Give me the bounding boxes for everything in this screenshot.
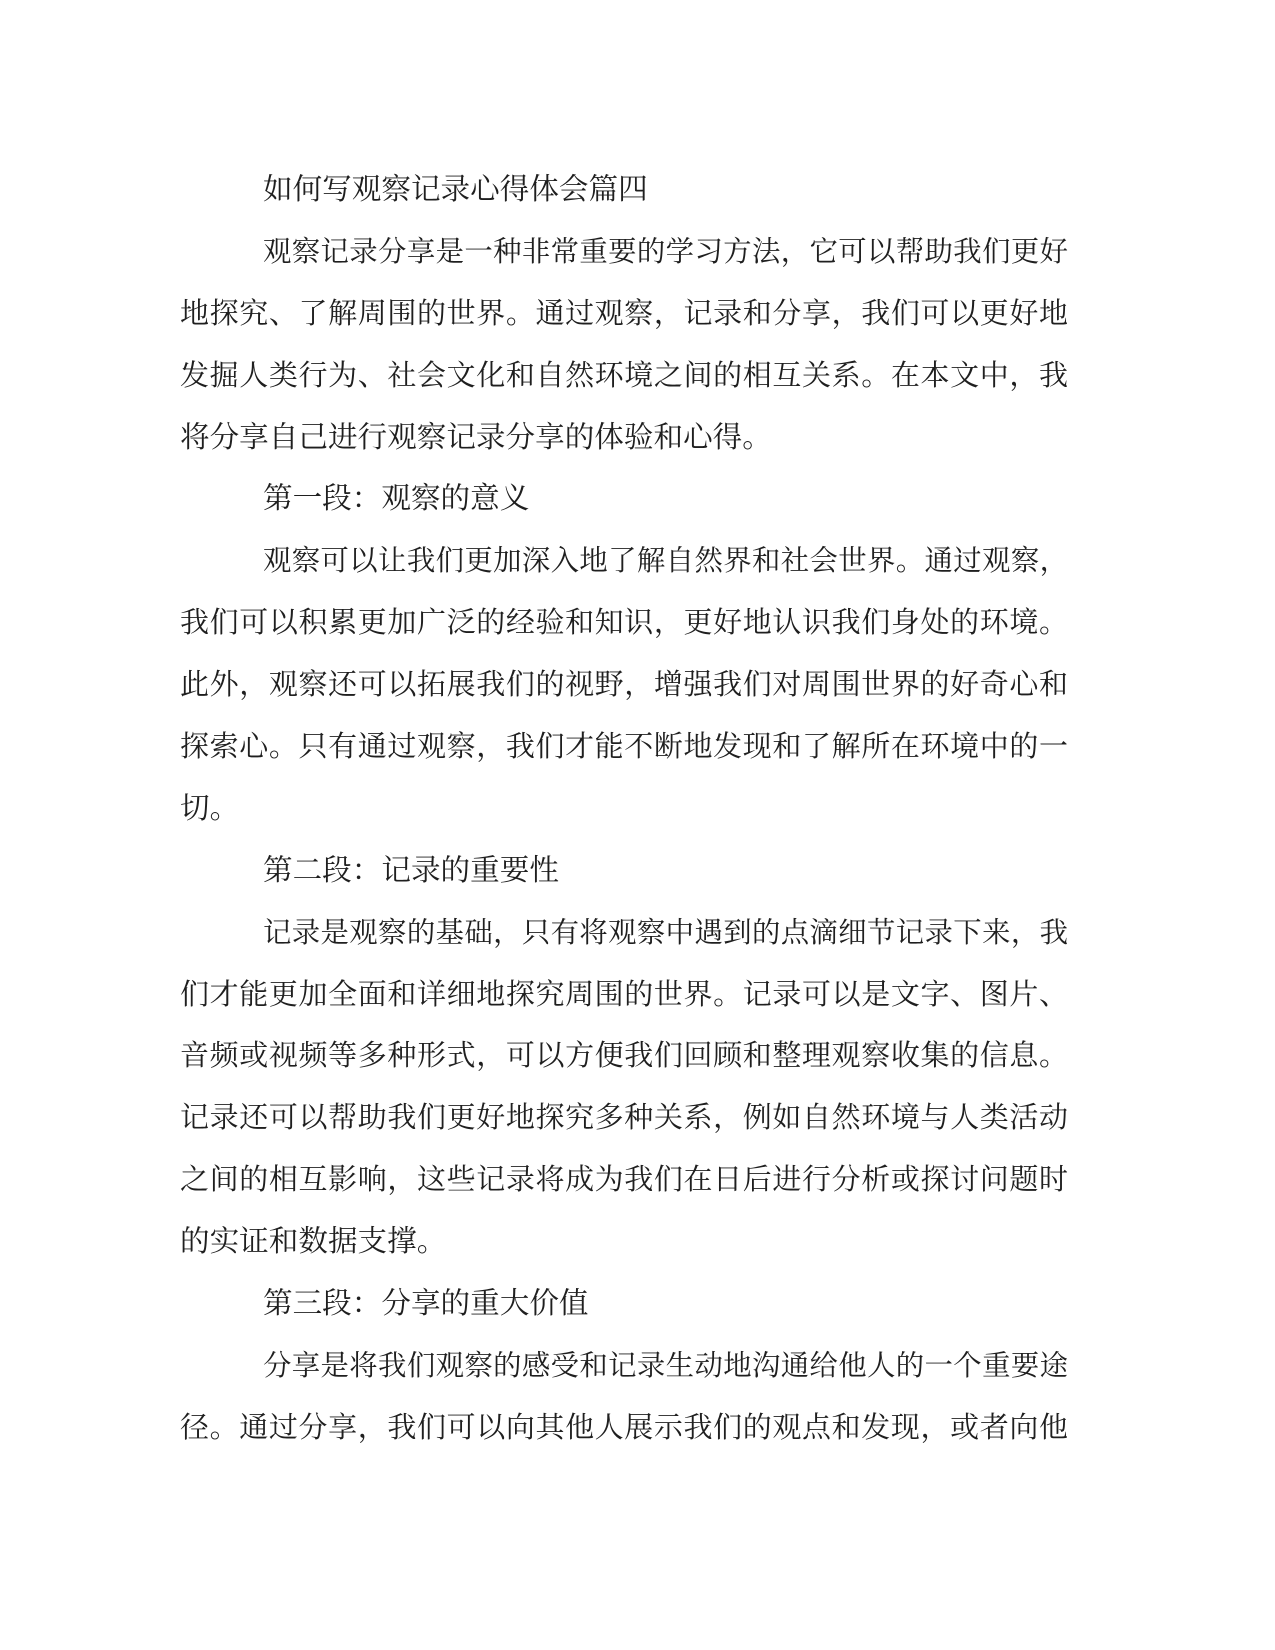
document-title: 如何写观察记录心得体会篇四 bbox=[180, 159, 1068, 221]
paragraph-line: 观察可以让我们更加深入地了解自然界和社会世界。通过观察， bbox=[180, 530, 1068, 592]
paragraph-line: 探索心。只有通过观察，我们才能不断地发现和了解所在环境中的一 bbox=[180, 716, 1068, 778]
paragraph-line: 记录还可以帮助我们更好地探究多种关系，例如自然环境与人类活动 bbox=[180, 1087, 1068, 1149]
paragraph-line: 径。通过分享，我们可以向其他人展示我们的观点和发现，或者向他 bbox=[180, 1397, 1068, 1459]
paragraph-line: 我们可以积累更加广泛的经验和知识，更好地认识我们身处的环境。 bbox=[180, 592, 1068, 654]
paragraph-line: 发掘人类行为、社会文化和自然环境之间的相互关系。在本文中，我 bbox=[180, 345, 1068, 407]
paragraph-line: 观察记录分享是一种非常重要的学习方法，它可以帮助我们更好 bbox=[180, 221, 1068, 283]
paragraph-line: 之间的相互影响，这些记录将成为我们在日后进行分析或探讨问题时 bbox=[180, 1149, 1068, 1211]
document-text-block: 如何写观察记录心得体会篇四观察记录分享是一种非常重要的学习方法，它可以帮助我们更… bbox=[180, 159, 1068, 1459]
paragraph-line: 们才能更加全面和详细地探究周围的世界。记录可以是文字、图片、 bbox=[180, 964, 1068, 1026]
section-heading: 第一段：观察的意义 bbox=[180, 468, 1068, 530]
paragraph-line: 分享是将我们观察的感受和记录生动地沟通给他人的一个重要途 bbox=[180, 1335, 1068, 1397]
section-heading: 第三段：分享的重大价值 bbox=[180, 1273, 1068, 1335]
section-heading: 第二段：记录的重要性 bbox=[180, 840, 1068, 902]
paragraph-line: 音频或视频等多种形式，可以方便我们回顾和整理观察收集的信息。 bbox=[180, 1025, 1068, 1087]
paragraph-line: 切。 bbox=[180, 778, 1068, 840]
document-page: 如何写观察记录心得体会篇四观察记录分享是一种非常重要的学习方法，它可以帮助我们更… bbox=[0, 0, 1275, 1650]
paragraph-line: 记录是观察的基础，只有将观察中遇到的点滴细节记录下来，我 bbox=[180, 902, 1068, 964]
paragraph-line: 的实证和数据支撑。 bbox=[180, 1211, 1068, 1273]
paragraph-line: 地探究、了解周围的世界。通过观察，记录和分享，我们可以更好地 bbox=[180, 283, 1068, 345]
paragraph-line: 此外，观察还可以拓展我们的视野，增强我们对周围世界的好奇心和 bbox=[180, 654, 1068, 716]
paragraph-line: 将分享自己进行观察记录分享的体验和心得。 bbox=[180, 407, 1068, 469]
